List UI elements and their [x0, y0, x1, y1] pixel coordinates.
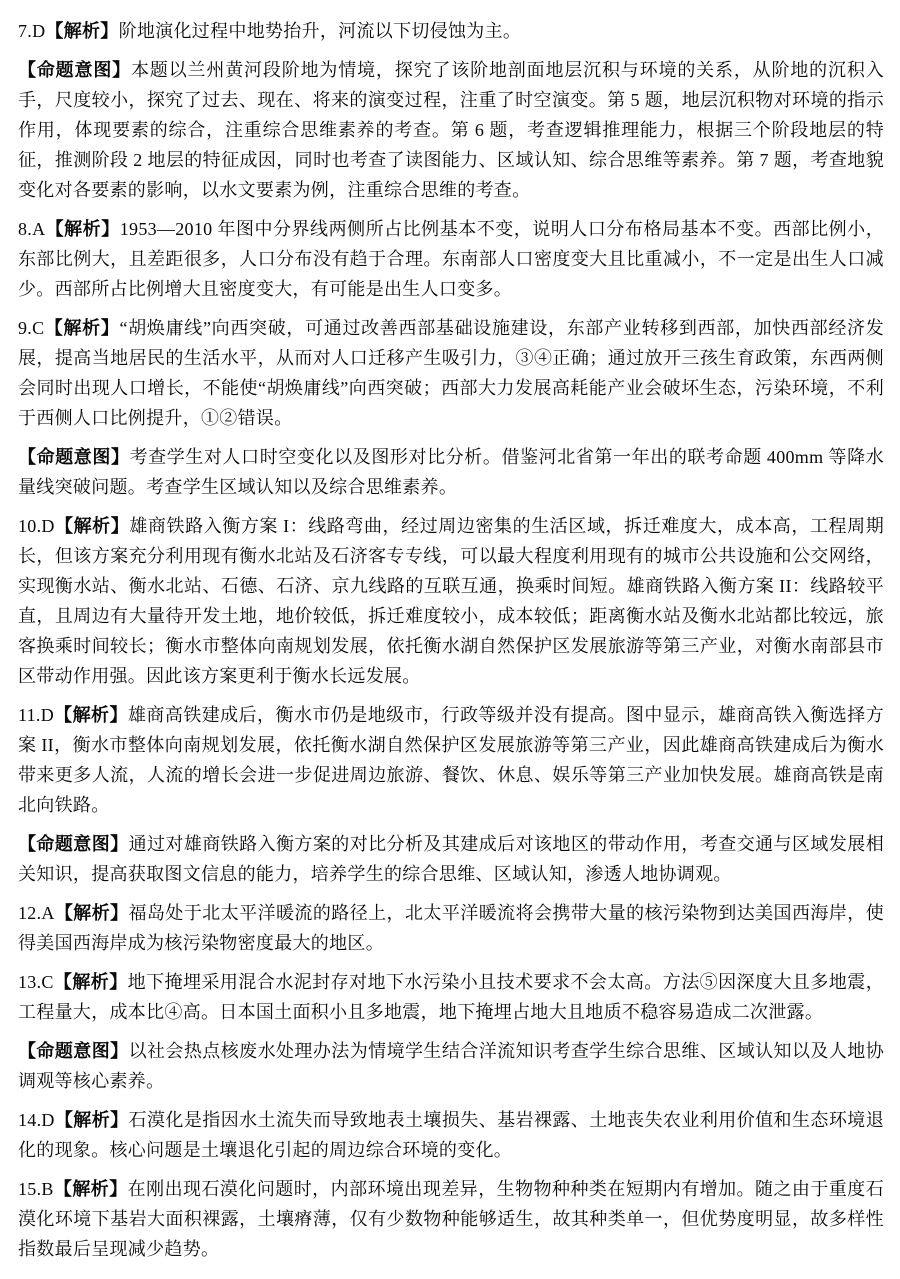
intent-text: 以社会热点核废水处理办法为情境学生结合洋流知识考查学生综合思维、区域认知以及人地…: [18, 1041, 884, 1091]
analysis-label: 【解析】: [54, 972, 128, 992]
answer-text: 在刚出现石漠化问题时，内部环境出现差异，生物物种种类在短期内有增加。随之由于重度…: [18, 1179, 884, 1259]
answer-text: 1953—2010 年图中分界线两侧所占比例基本不变，说明人口分布格局基本不变。…: [18, 219, 884, 299]
analysis-label: 【解析】: [55, 903, 129, 923]
intent-paragraph-q10-11: 【命题意图】通过对雄商铁路入衡方案的对比分析及其建成后对该地区的带动作用，考查交…: [18, 829, 884, 889]
analysis-label: 【解析】: [54, 1179, 128, 1199]
intent-label: 【命题意图】: [18, 834, 129, 854]
intent-text: 通过对雄商铁路入衡方案的对比分析及其建成后对该地区的带动作用，考查交通与区域发展…: [18, 834, 884, 884]
answer-number: 11.D: [18, 705, 54, 725]
intent-text: 考查学生对人口时空变化以及图形对比分析。借鉴河北省第一年出的联考命题 400mm…: [18, 447, 884, 497]
answer-number: 12.A: [18, 903, 55, 923]
intent-label: 【命题意图】: [18, 447, 130, 467]
answer-text: 阶地演化过程中地势抬升，河流以下切侵蚀为主。: [119, 21, 522, 41]
answer-text: 福岛处于北太平洋暖流的路径上，北太平洋暖流将会携带大量的核污染物到达美国西海岸，…: [18, 903, 884, 953]
answer-number: 14.D: [18, 1110, 55, 1130]
answer-paragraph-7d: 7.D【解析】阶地演化过程中地势抬升，河流以下切侵蚀为主。: [18, 16, 884, 46]
analysis-label: 【解析】: [45, 21, 118, 41]
intent-paragraph-q5-7: 【命题意图】本题以兰州黄河段阶地为情境，探究了该阶地剖面地层沉积与环境的关系，从…: [18, 55, 884, 205]
answer-text: 雄商铁路入衡方案 I：线路弯曲，经过周边密集的生活区域，拆迁难度大，成本高，工程…: [18, 516, 884, 686]
answer-text: 石漠化是指因水土流失而导致地表土壤损失、基岩裸露、土地丧失农业利用价值和生态环境…: [18, 1110, 884, 1160]
analysis-label: 【解析】: [44, 318, 119, 338]
analysis-label: 【解析】: [55, 516, 130, 536]
answer-paragraph-12a: 12.A【解析】福岛处于北太平洋暖流的路径上，北太平洋暖流将会携带大量的核污染物…: [18, 898, 884, 958]
intent-paragraph-q8-9: 【命题意图】考查学生对人口时空变化以及图形对比分析。借鉴河北省第一年出的联考命题…: [18, 442, 884, 502]
answer-paragraph-15b: 15.B【解析】在刚出现石漠化问题时，内部环境出现差异，生物物种种类在短期内有增…: [18, 1174, 884, 1264]
document-page: 7.D【解析】阶地演化过程中地势抬升，河流以下切侵蚀为主。 【命题意图】本题以兰…: [0, 0, 900, 1279]
answer-number: 13.C: [18, 972, 54, 992]
answer-number: 15.B: [18, 1179, 54, 1199]
intent-label: 【命题意图】: [18, 1041, 129, 1061]
answer-text: 雄商高铁建成后，衡水市仍是地级市，行政等级并没有提高。图中显示，雄商高铁入衡选择…: [18, 705, 884, 815]
answer-paragraph-10d: 10.D【解析】雄商铁路入衡方案 I：线路弯曲，经过周边密集的生活区域，拆迁难度…: [18, 511, 884, 691]
answer-paragraph-11d: 11.D【解析】雄商高铁建成后，衡水市仍是地级市，行政等级并没有提高。图中显示，…: [18, 700, 884, 820]
answer-text: 地下掩埋采用混合水泥封存对地下水污染小且技术要求不会太高。方法⑤因深度大且多地震…: [18, 972, 884, 1022]
answer-number: 8.A: [18, 219, 45, 239]
analysis-label: 【解析】: [45, 219, 119, 239]
analysis-label: 【解析】: [54, 705, 128, 725]
answer-paragraph-9c: 9.C【解析】“胡焕庸线”向西突破，可通过改善西部基础设施建设，东部产业转移到西…: [18, 313, 884, 433]
intent-paragraph-q12-13: 【命题意图】以社会热点核废水处理办法为情境学生结合洋流知识考查学生综合思维、区域…: [18, 1036, 884, 1096]
analysis-label: 【解析】: [55, 1110, 129, 1130]
answer-paragraph-13c: 13.C【解析】地下掩埋采用混合水泥封存对地下水污染小且技术要求不会太高。方法⑤…: [18, 967, 884, 1027]
intent-label: 【命题意图】: [18, 60, 131, 80]
answer-paragraph-14d: 14.D【解析】石漠化是指因水土流失而导致地表土壤损失、基岩裸露、土地丧失农业利…: [18, 1105, 884, 1165]
answer-number: 7.D: [18, 21, 45, 41]
answer-number: 10.D: [18, 516, 55, 536]
answer-text: “胡焕庸线”向西突破，可通过改善西部基础设施建设，东部产业转移到西部，加快西部经…: [18, 318, 884, 428]
intent-text: 本题以兰州黄河段阶地为情境，探究了该阶地剖面地层沉积与环境的关系，从阶地的沉积入…: [18, 60, 884, 200]
answer-number: 9.C: [18, 318, 44, 338]
answer-paragraph-8a: 8.A【解析】1953—2010 年图中分界线两侧所占比例基本不变，说明人口分布…: [18, 214, 884, 304]
